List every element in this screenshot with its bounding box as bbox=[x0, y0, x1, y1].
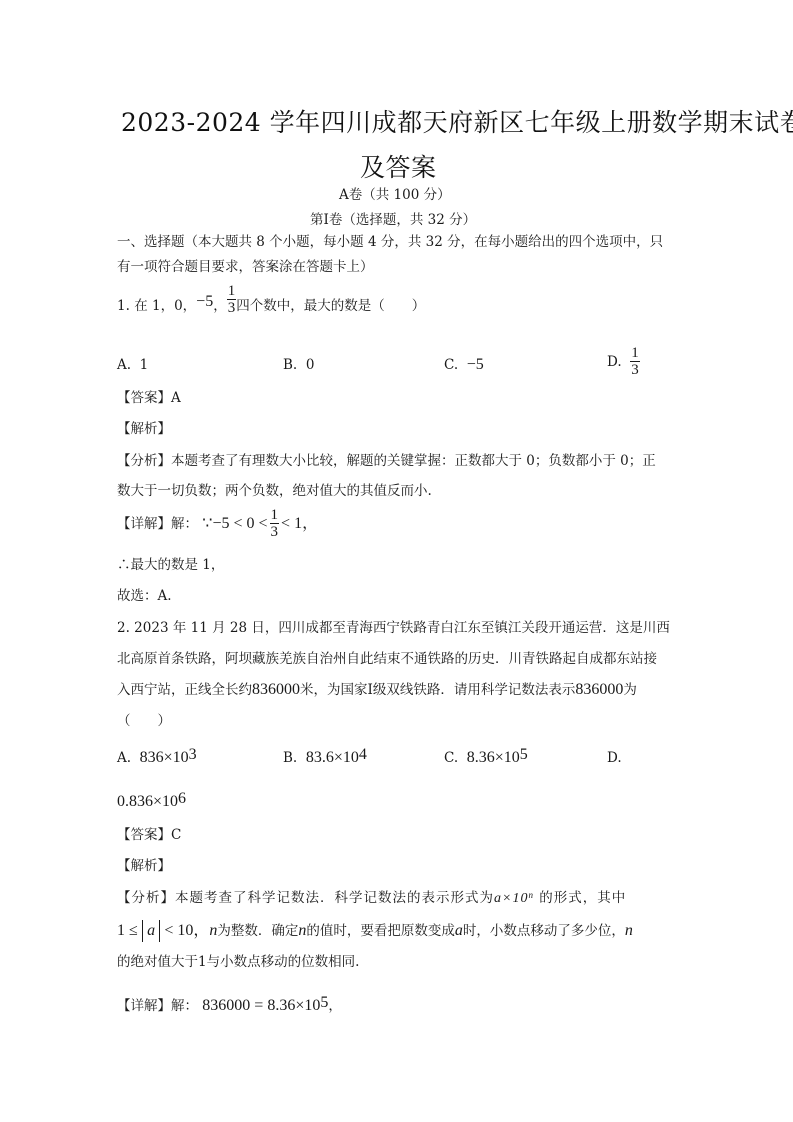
answer-value: A bbox=[171, 390, 181, 406]
fenxi-text: 的形式，其中 bbox=[539, 890, 626, 906]
q2-line2: 北高原首条铁路，阿坝藏族羌族自治州自此结束不通铁路的历史．川青铁路起自成都东站接 bbox=[117, 649, 657, 669]
detail-prefix: 解： bbox=[171, 514, 198, 534]
q1-choose: 故选：A. bbox=[117, 586, 172, 606]
var-n: n bbox=[298, 921, 306, 941]
q1-option-c: C. −5 bbox=[444, 355, 484, 375]
q1-therefore: ∴最大的数是 1， bbox=[117, 555, 224, 575]
option-label: A. bbox=[117, 357, 131, 373]
stem-suffix: 四个数中，最大的数是（ ） bbox=[236, 296, 425, 316]
document-title-line2: 及答案 bbox=[360, 148, 437, 184]
q2-line3: 入西宁站，正线全长约836000米，为国家Ⅰ级双线铁路．请用科学记数法表示836… bbox=[117, 680, 637, 700]
option-label: B. bbox=[283, 750, 297, 766]
number: 836000 bbox=[252, 681, 300, 698]
part1-heading: 第Ⅰ卷（选择题，共 32 分） bbox=[310, 208, 476, 228]
text: 米，为国家Ⅰ级双线铁路．请用科学记数法表示 bbox=[300, 682, 575, 698]
number: 836000 bbox=[575, 681, 623, 698]
option-label: C. bbox=[444, 750, 458, 766]
text: 为整数．确定 bbox=[217, 921, 298, 941]
absolute-value-a: a bbox=[142, 920, 160, 942]
var-n: n bbox=[209, 921, 217, 941]
inequality-left: ∵−5 < 0 < bbox=[202, 514, 267, 534]
q1-option-b: B. 0 bbox=[283, 355, 314, 375]
q2-answer: 【答案】C bbox=[117, 825, 181, 845]
q2-line1: 2. 2023 年 11 月 28 日，四川成都至青海西宁铁路青白江东至镇江关段… bbox=[117, 618, 670, 638]
exponent-n: n bbox=[528, 890, 534, 900]
option-exponent: 5 bbox=[520, 746, 528, 763]
exam-page: 2023-2024 学年四川成都天府新区七年级上册数学期末试卷 及答案 A卷（共… bbox=[0, 0, 793, 1122]
exponent: 5 bbox=[320, 994, 328, 1011]
option-exponent: 4 bbox=[359, 746, 367, 763]
q2-detail: 【详解】解： 836000 = 8.36×105， bbox=[117, 996, 342, 1016]
q2-fenxi-line2: 1 ≤ a < 10， n 为整数．确定 n 的值时，要看把原数变成 a 时，小… bbox=[117, 920, 633, 942]
option-exponent: 3 bbox=[189, 746, 197, 763]
option-base: 8.36×10 bbox=[467, 749, 520, 766]
option-base: 836×10 bbox=[140, 749, 189, 766]
comma: ， bbox=[328, 998, 342, 1014]
text: 时，小数点移动了多少位， bbox=[463, 921, 625, 941]
document-title-line1: 2023-2024 学年四川成都天府新区七年级上册数学期末试卷 bbox=[121, 103, 793, 139]
fenxi-text: 本题考查了有理数大小比较，解题的关键掌握：正数都大于 0；负数都小于 0；正 bbox=[171, 453, 656, 469]
q2-line4: （ ） bbox=[117, 711, 171, 731]
numerator: 1 bbox=[270, 508, 280, 523]
inequality-right: < 1， bbox=[281, 514, 318, 534]
q1-option-a: A. 1 bbox=[117, 355, 148, 375]
fraction-one-third: 1 3 bbox=[630, 346, 640, 378]
q2-option-b: B. 83.6×104 bbox=[283, 748, 367, 768]
denominator: 3 bbox=[227, 299, 237, 316]
option-label: B. bbox=[283, 357, 297, 373]
var-n: n bbox=[625, 921, 633, 941]
detail-label: 【详解】 bbox=[117, 514, 171, 534]
option-label: C. bbox=[444, 357, 458, 373]
sci-notation: a×10 bbox=[494, 891, 528, 906]
text: 的值时，要看把原数变成 bbox=[306, 921, 455, 941]
sci-notation: 836000 = 8.36×10 bbox=[202, 997, 320, 1014]
detail-label: 【详解】 bbox=[117, 998, 171, 1014]
q2-option-d-label: D. bbox=[607, 748, 622, 768]
math-text: < 10， bbox=[164, 921, 209, 941]
fenxi-label: 【分析】 bbox=[117, 453, 171, 469]
stem-prefix: 在 1，0， bbox=[134, 296, 196, 316]
q2-option-d-value: 0.836×106 bbox=[117, 792, 186, 812]
comma: ， bbox=[213, 296, 227, 316]
text: 入西宁站，正线全长约 bbox=[117, 682, 252, 698]
section-a-heading: A卷（共 100 分） bbox=[339, 183, 451, 203]
var-a: a bbox=[455, 921, 463, 941]
option-base: 0.836×10 bbox=[117, 793, 178, 810]
q1-fenxi-line1: 【分析】本题考查了有理数大小比较，解题的关键掌握：正数都大于 0；负数都小于 0… bbox=[117, 451, 656, 471]
fraction-one-third: 1 3 bbox=[227, 284, 237, 316]
option-base: 83.6×10 bbox=[306, 749, 359, 766]
option-value: 1 bbox=[140, 357, 149, 373]
text: 为 bbox=[623, 682, 637, 698]
q1-option-d: D. 1 3 bbox=[607, 346, 640, 378]
fenxi-text: 本题考查了科学记数法．科学记数法的表示形式为 bbox=[175, 890, 494, 906]
detail-prefix: 解： bbox=[171, 998, 198, 1014]
instructions-line1: 一、选择题（本大题共 8 个小题，每小题 4 分，共 32 分，在每小题给出的四… bbox=[117, 232, 663, 252]
numerator: 1 bbox=[227, 284, 237, 299]
q2-option-a: A. 836×103 bbox=[117, 748, 197, 768]
option-label: A. bbox=[117, 750, 131, 766]
stem-neg5: −5 bbox=[196, 292, 213, 312]
q1-detail: 【详解】 解： ∵−5 < 0 < 1 3 < 1， bbox=[117, 508, 318, 540]
option-exponent: 6 bbox=[178, 790, 186, 807]
fenxi-label: 【分析】 bbox=[117, 890, 175, 906]
denominator: 3 bbox=[270, 523, 280, 540]
fraction-one-third: 1 3 bbox=[270, 508, 280, 540]
option-value: 0 bbox=[306, 357, 315, 373]
q1-fenxi-line2: 数大于一切负数；两个负数，绝对值大的其值反而小. bbox=[117, 481, 432, 501]
answer-value: C bbox=[171, 827, 181, 843]
answer-label: 【答案】 bbox=[117, 827, 171, 843]
denominator: 3 bbox=[630, 361, 640, 378]
instructions-line2: 有一项符合题目要求，答案涂在答题卡上） bbox=[117, 257, 374, 277]
question-1-stem: 1. 在 1，0， −5 ， 1 3 四个数中，最大的数是（ ） bbox=[117, 290, 425, 322]
q2-fenxi-line3: 的绝对值大于1与小数点移动的位数相同. bbox=[117, 952, 359, 972]
answer-label: 【答案】 bbox=[117, 390, 171, 406]
q1-answer: 【答案】A bbox=[117, 388, 181, 408]
option-value: −5 bbox=[467, 356, 484, 373]
option-label: D. bbox=[607, 352, 622, 372]
q1-analysis-label: 【解析】 bbox=[117, 419, 171, 439]
question-number: 1. bbox=[117, 296, 130, 316]
q2-option-c: C. 8.36×105 bbox=[444, 748, 528, 768]
q2-fenxi-line1: 【分析】本题考查了科学记数法．科学记数法的表示形式为a×10n 的形式，其中 bbox=[117, 888, 626, 909]
q2-analysis-label: 【解析】 bbox=[117, 856, 171, 876]
numerator: 1 bbox=[630, 346, 640, 361]
math-text: 1 ≤ bbox=[117, 921, 138, 941]
